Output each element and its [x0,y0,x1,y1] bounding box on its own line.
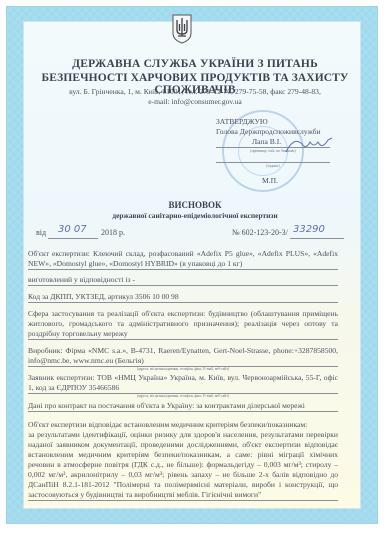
date-handwritten: 30 07 [58,224,87,235]
agency-email: e-mail: info@consumer.gov.ua [0,97,390,106]
application-scope: Сфера застосування та реалізації об'єкта… [28,309,338,340]
made-according: виготовлений у відповідності із - [28,275,338,286]
number-line [290,238,344,239]
date-prefix: від [36,228,46,237]
document-subtitle: державної санітарно-епідеміологічної екс… [0,211,390,220]
approver-name: Лапа В.І. [252,137,281,146]
manufacturer: Виробник: Фірма «NMC s.a.», B-4731, Raer… [28,346,338,367]
document-title: ВИСНОВОК [0,200,390,210]
date-year: 2018 р. [101,228,125,237]
agency-address: вул. Б. Грінченка, 1, м. Київ, 01001, те… [0,87,390,96]
seal-place: М.П. [262,176,278,185]
conformity-text: за результатами ідентифікації, оцінки ри… [28,430,338,501]
contract-info: Дані про контракт на постачання об'єкта … [28,401,338,412]
conformity-heading: Об'єкт експертизи відповідає встановлени… [28,420,338,430]
applicant-caption: (адреса, місцезнаходження, телефон, факс… [28,394,338,398]
product-code: Код за ДКПП, УКТЗЕД, артикул 3506 10 00 … [28,292,338,303]
number-prefix: № 602-123-20-3/ [232,228,288,237]
date-line [48,238,98,239]
approval-label: ЗАТВЕРДЖУЮ [216,117,268,126]
expertise-object: Об'єкт експертизи: Клеючий склад, розфас… [28,249,338,270]
applicant: Заявник експертизи: ТОВ «НМЦ Україна» Ук… [28,373,338,394]
signature [284,134,334,156]
number-handwritten: 33290 [293,224,325,235]
trident-coat-of-arms-icon [172,14,192,44]
agency-name-line1: ДЕРЖАВНА СЛУЖБА УКРАЇНИ З ПИТАНЬ [0,58,390,70]
signature-line [216,162,330,163]
manufacturer-caption: (адреса, місцезнаходження, телефон, факс… [28,367,338,371]
signature-caption: (підпис) [216,164,330,168]
